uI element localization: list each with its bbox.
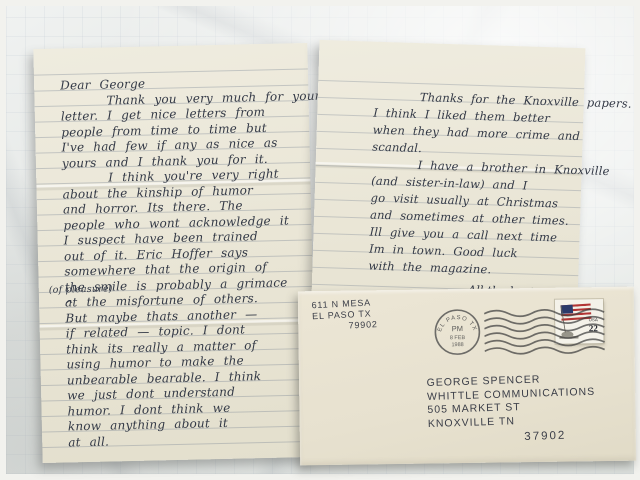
envelope: 611 N Mesa El Paso TX 79902 EL PASO TX P…: [298, 287, 636, 466]
cancellation-wavy-lines: [484, 307, 609, 357]
postmark-date: 8 FEB: [450, 335, 466, 341]
postmark-stamp-circle: EL PASO TX PM 8 FEB 1988: [430, 305, 485, 360]
photo-of-letter-and-envelope: Dear George Thank you very much for your…: [0, 0, 640, 480]
postmark-year: 1988: [451, 342, 463, 348]
recipient-address: George Spencer Whittle Communications 50…: [426, 372, 596, 448]
return-address: 611 N Mesa El Paso TX 79902: [311, 297, 378, 333]
handwritten-text-page-1: Dear George Thank you very much for your…: [33, 43, 316, 463]
caret-mark: ^: [65, 299, 74, 310]
letter-page-1: Dear George Thank you very much for your…: [33, 43, 316, 463]
inserted-note: (of pleasure): [49, 284, 113, 295]
postmark-meridiem: PM: [452, 324, 463, 333]
recipient-zip: 37902: [524, 429, 597, 445]
